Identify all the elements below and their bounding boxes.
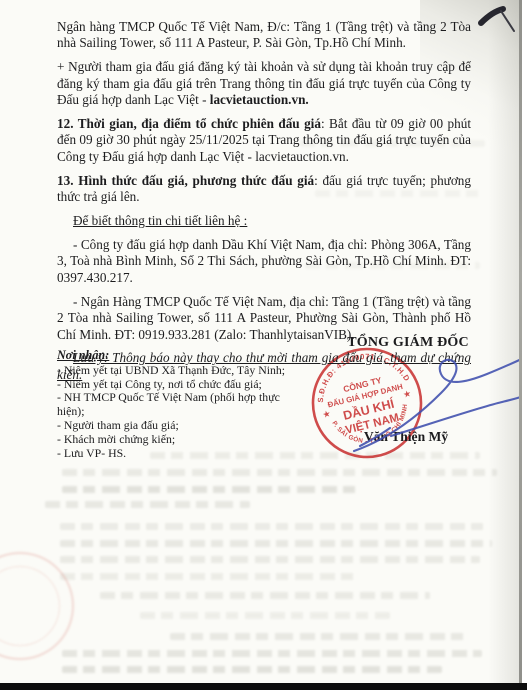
document-body: Ngân hàng TMCP Quốc Tế Việt Nam, Đ/c: Tầ… [57, 19, 471, 383]
signer-title: TỔNG GIÁM ĐỐC [318, 335, 498, 351]
scanner-background [522, 0, 527, 690]
section-12-label: 12. Thời gian, địa điểm tổ chức phiên đấ… [57, 116, 321, 131]
scanned-document-page: Ngân hàng TMCP Quốc Tế Việt Nam, Đ/c: Tầ… [0, 0, 527, 690]
paragraph-bank-address: Ngân hàng TMCP Quốc Tế Việt Nam, Đ/c: Tầ… [57, 19, 471, 52]
paragraph-registration: + Người tham gia đấu giá đăng ký tài kho… [57, 59, 471, 108]
contact-heading: Để biết thông tin chi tiết liên hệ : [57, 213, 471, 229]
stamp-bleedthrough [0, 552, 74, 660]
paragraph-text: Ngân hàng TMCP Quốc Tế Việt Nam, Đ/c: Tầ… [57, 19, 471, 50]
signer-name: Văn Thiện Mỹ [346, 429, 466, 445]
section-12: 12. Thời gian, địa điểm tổ chức phiên đấ… [57, 116, 471, 165]
contact-heading-text: Để biết thông tin chi tiết liên hệ : [73, 213, 247, 228]
section-13: 13. Hình thức đấu giá, phương thức đấu g… [57, 173, 471, 206]
website-bold: lacvietauction.vn. [210, 92, 309, 107]
recipient-item: - Niêm yết tại Công ty, nơi tổ chức đấu … [57, 378, 307, 392]
recipient-item: - Người tham gia đấu giá; [57, 419, 307, 433]
contact-auction-company: - Công ty đấu giá hợp danh Dầu Khí Việt … [57, 237, 471, 286]
recipients-heading: Nơi nhận: [57, 349, 307, 363]
stamp-star-left-icon: ★ [321, 408, 331, 420]
recipient-item: - Khách mời chứng kiến; [57, 433, 307, 447]
recipients-block: Nơi nhận: - Niêm yết tại UBND Xã Thạnh Đ… [57, 349, 307, 460]
contact-text: - Công ty đấu giá hợp danh Dầu Khí Việt … [57, 237, 471, 285]
section-13-label: 13. Hình thức đấu giá, phương thức đấu g… [57, 173, 314, 188]
recipient-item: - Niêm yết tại UBND Xã Thạnh Đức, Tây Ni… [57, 364, 307, 378]
scan-bottom-strip [0, 683, 527, 690]
recipient-item: - NH TMCP Quốc Tế Việt Nam (phối hợp thự… [57, 391, 307, 419]
recipient-item: - Lưu VP- HS. [57, 447, 307, 461]
